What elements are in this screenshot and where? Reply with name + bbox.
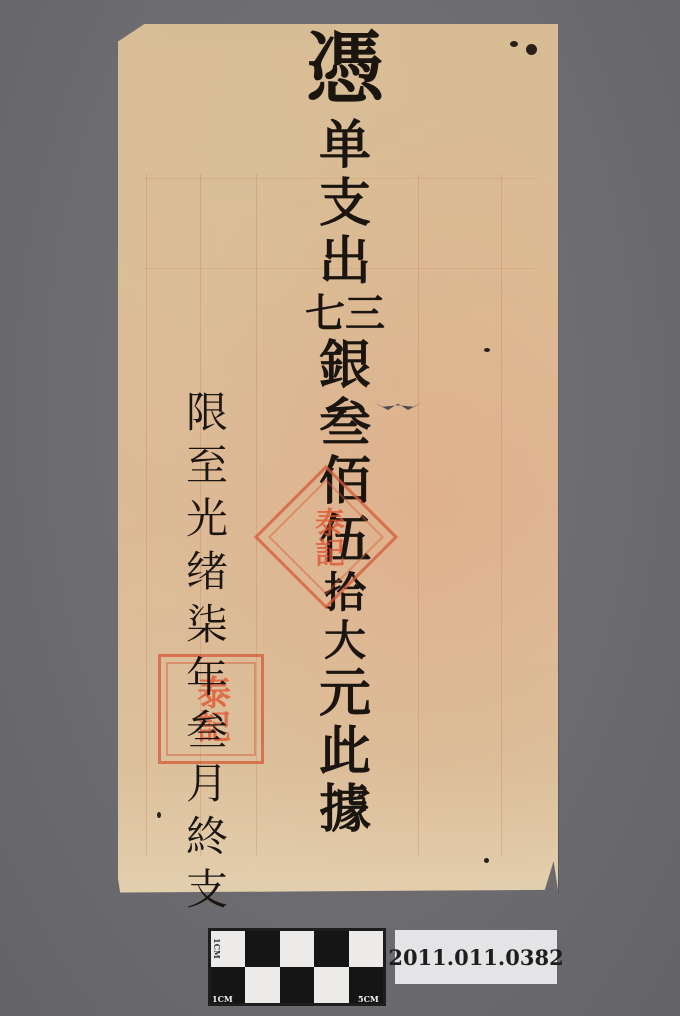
char: 年 [186,657,228,699]
char: 支 [186,869,228,911]
char: 出 [319,236,371,288]
ruling-line [146,174,147,856]
char: 限 [186,392,228,434]
char: 銀 [319,340,371,392]
char: 憑 [306,30,384,108]
char: 據 [319,784,371,836]
scale-square [280,931,314,967]
seal-text: 泰記 [304,507,348,567]
char: 大 [324,620,366,662]
scale-square [349,931,383,967]
char: 叁 [186,710,228,752]
measurement-scale-bar: 1CM 5CM 1CM [208,928,386,1006]
scale-label-start: 1CM [212,994,233,1004]
ruling-line [418,174,419,856]
char: 绪 [186,551,228,593]
scale-square [245,931,279,967]
accession-number-label: 2011.011.0382 [395,930,557,984]
char: 叁 [319,398,371,450]
char: 支 [319,178,371,230]
char: 元 [319,668,371,720]
scale-square [314,967,348,1003]
char: 单 [319,120,371,172]
scale-square [280,967,314,1003]
scale-label-side: 1CM [212,938,222,959]
scale-label-end: 5CM [358,994,379,1004]
ink-blot [510,41,518,47]
char: 終 [186,816,228,858]
ink-blot [484,858,489,863]
char: 至 [186,445,228,487]
char: 七三 [305,294,385,334]
main-text-column: 憑 单 支 出 七三 銀 叁 佰 伍 拾 大 元 此 據 [290,30,400,842]
date-text-column: 限 至 光 绪 柒 年 叁 月 終 支 [172,392,242,922]
char: 月 [186,763,228,805]
scale-square [314,931,348,967]
char: 柒 [186,604,228,646]
char: 此 [319,726,371,778]
scale-square [245,967,279,1003]
ink-blot [526,44,537,55]
char: 光 [186,498,228,540]
ink-blot [157,812,161,818]
ink-blot [484,348,490,352]
ruling-line [501,174,502,856]
